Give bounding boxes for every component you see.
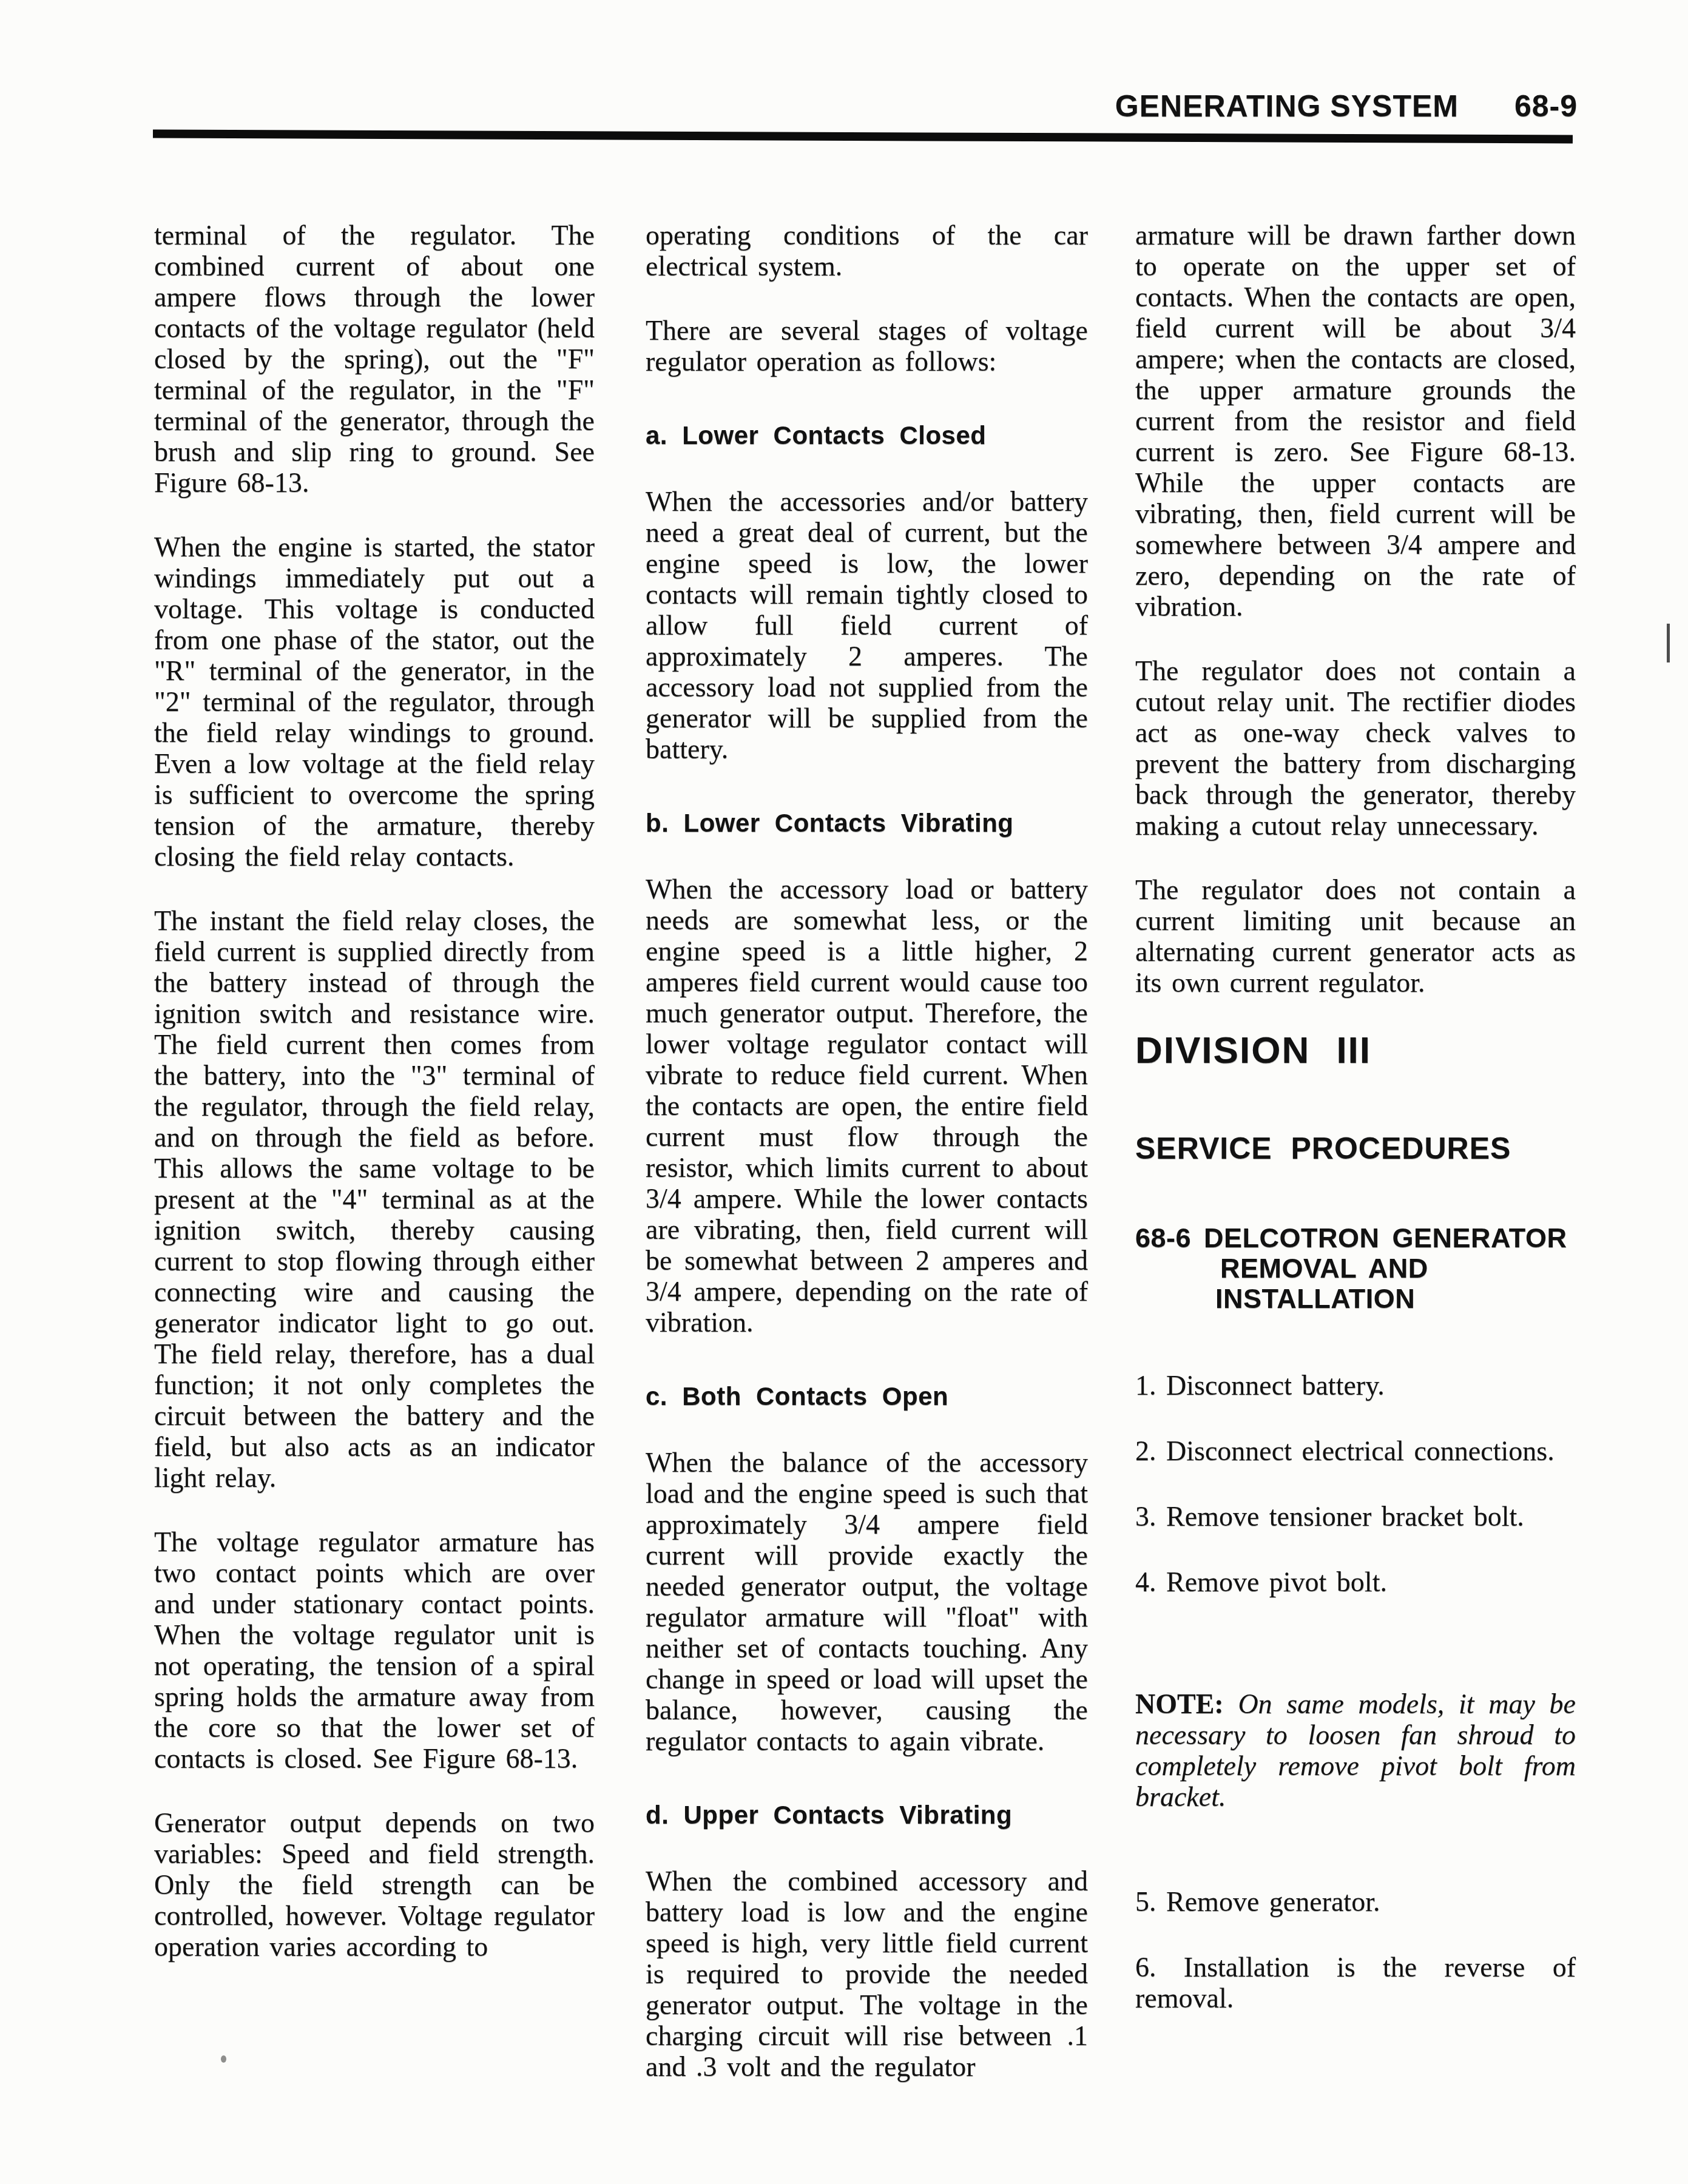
- paragraph: When the combined accessory and battery …: [646, 1865, 1088, 2082]
- paragraph: When the engine is started, the stator w…: [154, 531, 595, 872]
- paragraph: The voltage regulator armature has two c…: [154, 1526, 595, 1774]
- step-4: 4. Remove pivot bolt.: [1135, 1566, 1576, 1597]
- left-column: terminal of the regulator. The combined …: [154, 220, 595, 1995]
- scan-artifact-tick: [1667, 624, 1670, 662]
- right-column: armature will be drawn farther down to o…: [1135, 220, 1576, 2014]
- paragraph: armature will be drawn farther down to o…: [1135, 220, 1576, 622]
- manual-page: GENERATING SYSTEM68-9 terminal of the re…: [0, 0, 1688, 2184]
- header-page-number: 68-9: [1514, 89, 1578, 124]
- paragraph: Generator output depends on two variable…: [154, 1807, 595, 1962]
- procedure-heading-line2: REMOVAL AND: [1220, 1253, 1576, 1284]
- procedure-heading-line3: INSTALLATION: [1215, 1284, 1576, 1314]
- step-5: 5. Remove generator.: [1135, 1886, 1576, 1917]
- paragraph: When the accessories and/or battery need…: [646, 486, 1088, 764]
- note-block: NOTE: On same models, it may be necessar…: [1135, 1688, 1576, 1812]
- section-heading-c: c. Both Contacts Open: [646, 1383, 1088, 1410]
- service-procedures-heading: SERVICE PROCEDURES: [1135, 1132, 1576, 1165]
- paragraph: terminal of the regulator. The combined …: [154, 220, 595, 498]
- header-rule: [153, 130, 1573, 144]
- step-2: 2. Disconnect electrical connections.: [1135, 1435, 1576, 1466]
- middle-column: operating conditions of the car electric…: [646, 220, 1088, 2115]
- step-1: 1. Disconnect battery.: [1135, 1370, 1576, 1401]
- header-section-title: GENERATING SYSTEM: [1115, 89, 1459, 123]
- section-heading-a: a. Lower Contacts Closed: [646, 422, 1088, 450]
- procedure-heading-line1: 68-6 DELCOTRON GENERATOR: [1135, 1223, 1576, 1253]
- scan-artifact-dot: [221, 2055, 226, 2063]
- division-heading: DIVISION III: [1135, 1031, 1576, 1070]
- paragraph: When the balance of the accessory load a…: [646, 1447, 1088, 1756]
- paragraph: operating conditions of the car electric…: [646, 220, 1088, 281]
- paragraph: The instant the field relay closes, the …: [154, 905, 595, 1493]
- procedure-heading: 68-6 DELCOTRON GENERATOR REMOVAL AND INS…: [1135, 1223, 1576, 1314]
- paragraph: There are several stages of voltage regu…: [646, 315, 1088, 377]
- page-header: GENERATING SYSTEM68-9: [0, 89, 1578, 124]
- paragraph: The regulator does not contain a cutout …: [1135, 655, 1576, 841]
- paragraph: The regulator does not contain a current…: [1135, 874, 1576, 998]
- section-heading-d: d. Upper Contacts Vibrating: [646, 1801, 1088, 1829]
- section-heading-b: b. Lower Contacts Vibrating: [646, 809, 1088, 837]
- paragraph: When the accessory load or battery needs…: [646, 874, 1088, 1338]
- step-6: 6. Installation is the reverse of remova…: [1135, 1952, 1576, 2014]
- note-label: NOTE:: [1135, 1688, 1224, 1719]
- step-3: 3. Remove tensioner bracket bolt.: [1135, 1501, 1576, 1532]
